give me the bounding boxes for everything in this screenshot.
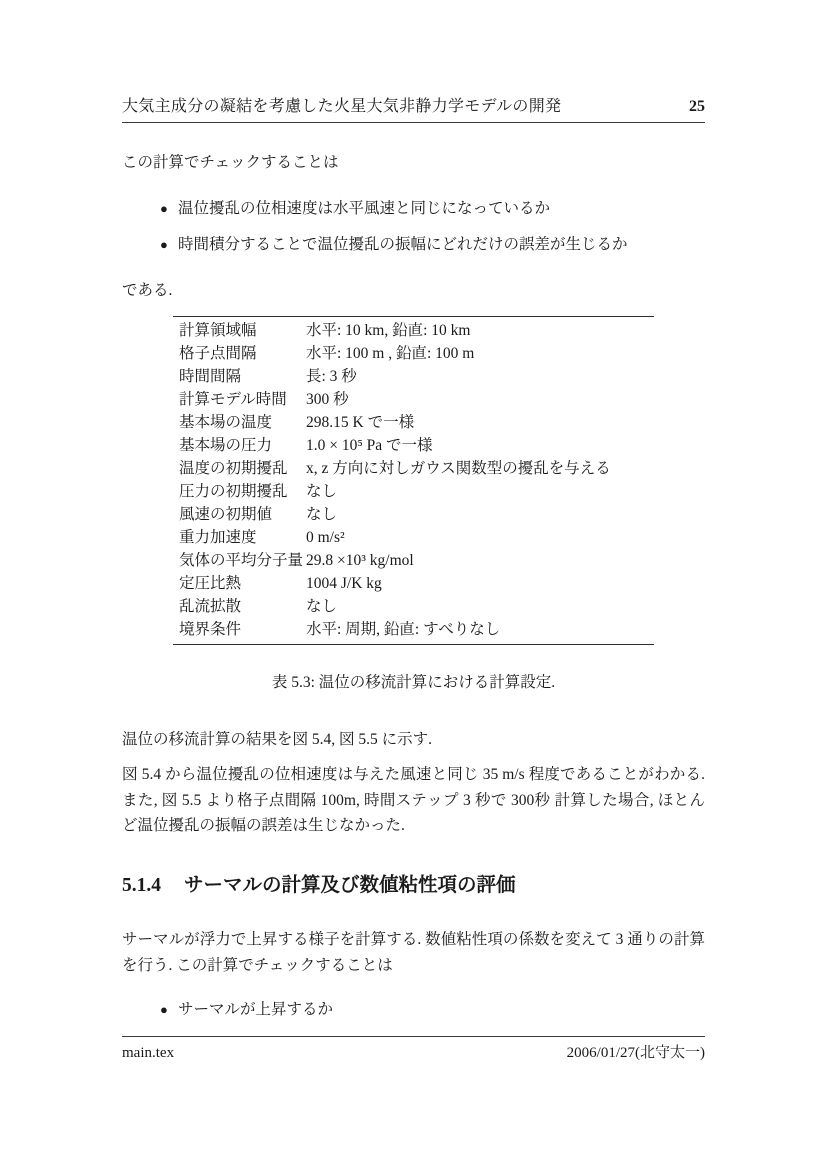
row-value: 29.8 ×10³ kg/mol [306, 549, 654, 572]
table-row: 境界条件 水平: 周期, 鉛直: すべりなし [173, 618, 654, 641]
table-row: 温度の初期擾乱 x, z 方向に対しガウス関数型の擾乱を与える [173, 457, 654, 480]
row-label: 乱流拡散 [173, 595, 306, 618]
list-item-text: サーマルが上昇するか [178, 997, 333, 1022]
bullet-icon: ● [160, 232, 178, 257]
footer-rule [122, 1036, 705, 1037]
row-label: 基本場の圧力 [173, 434, 306, 457]
intro-close: である. [122, 278, 705, 304]
table-row: 時間間隔 長: 3 秒 [173, 365, 654, 388]
table-row: 圧力の初期擾乱 なし [173, 480, 654, 503]
row-value: 0 m/s² [306, 526, 654, 549]
result-paragraph: 図 5.4 から温位擾乱の位相速度は与えた風速と同じ 35 m/s 程度であるこ… [122, 762, 705, 839]
row-value: 水平: 100 m , 鉛直: 100 m [306, 342, 654, 365]
section-paragraph: サーマルが浮力で上昇する様子を計算する. 数値粘性項の係数を変えて 3 通りの計… [122, 927, 705, 978]
check-list: ● 温位擾乱の位相速度は水平風速と同じになっているか ● 時間積分することで温位… [160, 196, 705, 268]
section-heading: 5.1.4サーマルの計算及び数値粘性項の評価 [122, 872, 705, 899]
settings-table: 計算領域幅 水平: 10 km, 鉛直: 10 km 格子点間隔 水平: 100… [173, 316, 654, 645]
row-value: 1.0 × 10⁵ Pa で一様 [306, 434, 654, 457]
page-footer: main.tex 2006/01/27(北守太一) [122, 1043, 705, 1063]
row-value: なし [306, 480, 654, 503]
row-value: 水平: 10 km, 鉛直: 10 km [306, 319, 654, 342]
row-label: 風速の初期値 [173, 503, 306, 526]
row-label: 時間間隔 [173, 365, 306, 388]
table-row: 基本場の温度 298.15 K で一様 [173, 411, 654, 434]
row-value: 298.15 K で一様 [306, 411, 654, 434]
row-value: x, z 方向に対しガウス関数型の擾乱を与える [306, 457, 654, 480]
row-label: 基本場の温度 [173, 411, 306, 434]
row-value: なし [306, 595, 654, 618]
header-rule [122, 122, 705, 123]
footer-filename: main.tex [122, 1043, 174, 1063]
row-label: 気体の平均分子量 [173, 549, 306, 572]
header-page-number: 25 [689, 97, 705, 117]
table-row: 格子点間隔 水平: 100 m , 鉛直: 100 m [173, 342, 654, 365]
document-page: 大気主成分の凝結を考慮した火星大気非静力学モデルの開発 25 この計算でチェック… [0, 0, 826, 1169]
table-row: 基本場の圧力 1.0 × 10⁵ Pa で一様 [173, 434, 654, 457]
row-label: 計算領域幅 [173, 319, 306, 342]
row-value: 長: 3 秒 [306, 365, 654, 388]
section-number: 5.1.4 [122, 875, 161, 896]
table-row: 計算領域幅 水平: 10 km, 鉛直: 10 km [173, 319, 654, 342]
header-title: 大気主成分の凝結を考慮した火星大気非静力学モデルの開発 [122, 97, 561, 117]
list-item-text: 時間積分することで温位擾乱の振幅にどれだけの誤差が生じるか [178, 232, 628, 257]
row-value: なし [306, 503, 654, 526]
result-paragraph: 温位の移流計算の結果を図 5.4, 図 5.5 に示す. [122, 727, 705, 753]
table-row: 乱流拡散 なし [173, 595, 654, 618]
section-title: サーマルの計算及び数値粘性項の評価 [184, 874, 516, 896]
list-item-text: 温位擾乱の位相速度は水平風速と同じになっているか [178, 196, 550, 221]
table-row: 気体の平均分子量 29.8 ×10³ kg/mol [173, 549, 654, 572]
intro-lead: この計算でチェックすることは [122, 150, 705, 176]
row-value: 水平: 周期, 鉛直: すべりなし [306, 618, 654, 641]
row-label: 計算モデル時間 [173, 388, 306, 411]
row-value: 300 秒 [306, 388, 654, 411]
row-label: 温度の初期擾乱 [173, 457, 306, 480]
row-label: 境界条件 [173, 618, 306, 641]
footer-date-author: 2006/01/27(北守太一) [567, 1043, 705, 1063]
list-item: ● 温位擾乱の位相速度は水平風速と同じになっているか [160, 196, 705, 221]
page-header: 大気主成分の凝結を考慮した火星大気非静力学モデルの開発 25 [122, 97, 705, 117]
row-label: 定圧比熱 [173, 572, 306, 595]
table-row: 定圧比熱 1004 J/K kg [173, 572, 654, 595]
table-row: 計算モデル時間 300 秒 [173, 388, 654, 411]
row-label: 圧力の初期擾乱 [173, 480, 306, 503]
list-item: ● 時間積分することで温位擾乱の振幅にどれだけの誤差が生じるか [160, 232, 705, 257]
thermal-check-list: ● サーマルが上昇するか [160, 997, 705, 1033]
row-label: 重力加速度 [173, 526, 306, 549]
list-item: ● サーマルが上昇するか [160, 997, 705, 1022]
table-caption: 表 5.3: 温位の移流計算における計算設定. [122, 672, 705, 694]
table-row: 風速の初期値 なし [173, 503, 654, 526]
row-label: 格子点間隔 [173, 342, 306, 365]
bullet-icon: ● [160, 997, 178, 1022]
table-row: 重力加速度 0 m/s² [173, 526, 654, 549]
bullet-icon: ● [160, 196, 178, 221]
row-value: 1004 J/K kg [306, 572, 654, 595]
